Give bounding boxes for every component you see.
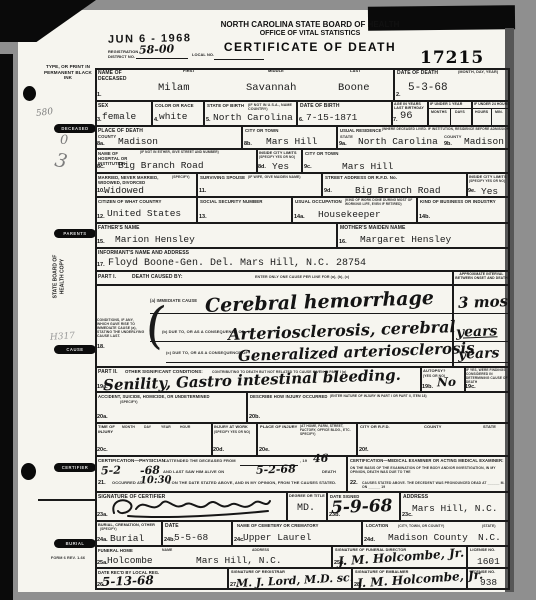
ssn-number: 13. <box>199 214 207 220</box>
death-caused-by-label: DEATH CAUSED BY: <box>132 274 183 280</box>
place-of-death-city-value: Mars Hill <box>266 136 317 147</box>
certifier-address-label: ADDRESS <box>403 494 428 500</box>
mother-label: MOTHER'S MAIDEN NAME <box>340 225 405 231</box>
medex-label: CERTIFICATION—MEDICAL EXAMINER OR ACTING… <box>350 458 506 463</box>
street-label: STREET ADDRESS OR R.F.D. No. <box>325 175 397 180</box>
funeral-address-sublabel: ADDRESS <box>252 548 269 552</box>
burial-location-state-value: N.C. <box>478 532 501 543</box>
state-of-birth-sublabel: (IF NOT IN U.S.A., NAME COUNTRY) <box>248 103 294 112</box>
burial-location-number: 24d. <box>364 537 375 543</box>
cemetery-number: 24c. <box>234 537 245 543</box>
cause-b-interval: years <box>456 323 498 340</box>
ink-blot-upper <box>23 86 36 101</box>
informant-label: INFORMANT'S NAME AND ADDRESS <box>98 250 189 256</box>
citizen-number: 12. <box>97 214 105 220</box>
registration-district-no: 58-00 <box>139 42 175 56</box>
race-number: 4. <box>154 117 159 123</box>
interval-label: APPROXIMATE INTERVAL BETWEEN ONSET AND D… <box>455 272 508 280</box>
icl1-number: 8d. <box>258 164 266 170</box>
cause-a-interval: 3 mos <box>458 292 509 312</box>
place-of-death-county-number: 8a. <box>97 141 105 147</box>
injury-at-work-label: INJURY AT WORK <box>214 425 254 430</box>
business-number: 14b. <box>419 214 430 220</box>
icl2-sublabel: (SPECIFY YES OR NO) <box>469 180 505 184</box>
day-label: DAY <box>144 425 151 429</box>
days-label: DAYS <box>455 110 465 114</box>
time-of-injury-number: 20c. <box>97 447 108 453</box>
residence-city-value: Mars Hill <box>342 161 393 172</box>
pencil-mark-h317: H317 <box>50 331 76 343</box>
state-of-birth-number: 5. <box>206 117 211 123</box>
marital-number: 10. <box>97 188 105 194</box>
min-label: MIN. <box>495 110 503 114</box>
medex-line1: ON THE BASIS OF THE EXAMINATION OF THE B… <box>350 466 506 474</box>
part2-number: 19a. <box>97 384 108 390</box>
certification-physician-label: CERTIFICATION—PHYSICIAN: <box>98 458 167 464</box>
how-injury-sublabel: (ENTER NATURE OF INJURY IN PART I OR PAR… <box>330 395 427 399</box>
cause-c-interval: years <box>458 345 500 362</box>
date-of-death-label: DATE OF DEATH <box>397 70 438 76</box>
autopsy-value: No <box>437 375 456 390</box>
date-signed-number: 23b. <box>329 512 340 518</box>
funeral-home-label: FUNERAL HOME <box>98 548 133 553</box>
sex-number: 3. <box>97 117 102 123</box>
place-of-injury-sublabel: (AT HOME, FARM, STREET, FACTORY, OFFICE … <box>300 425 354 437</box>
medex-number: 22. <box>350 480 358 486</box>
ink-instruction: TYPE, OR PRINT IN PERMANENT BLACK INK <box>44 64 92 81</box>
injury-county-label: COUNTY <box>424 425 442 430</box>
name-first-value: Milam <box>158 82 190 94</box>
spouse-label: SURVIVING SPOUSE <box>200 175 245 180</box>
burial-date-value: 5-5-68 <box>174 532 208 543</box>
residence-county-label: COUNTY <box>444 135 462 140</box>
degree-label: DEGREE OR TITLE <box>289 494 325 499</box>
street-value: Big Branch Road <box>355 185 441 196</box>
medex-line2: CAUSES STATED ABOVE. THE DECEDENT WAS PR… <box>362 481 506 489</box>
occupation-value: Housekeeper <box>318 209 381 220</box>
icl2-number: 9e. <box>468 188 476 194</box>
father-label: FATHER'S NAME <box>98 225 140 231</box>
icl1-sublabel: (SPECIFY YES OR NO) <box>259 156 295 160</box>
local-no-line <box>214 59 264 60</box>
from-year-handwritten: 46 <box>313 452 329 466</box>
burial-type-sublabel: (SPECIFY) <box>100 528 117 532</box>
name-first-label: FIRST <box>183 69 195 74</box>
ink-blot-lower <box>21 463 36 480</box>
state-of-birth-label: STATE OF BIRTH <box>207 103 244 108</box>
hospital-value: Big Branch Road <box>118 160 204 171</box>
embalmer-signature-number: 28. <box>354 582 362 588</box>
funeral-home-address-value: Mars Hill, N.C. <box>196 555 282 566</box>
residence-county-value: Madison <box>464 136 504 147</box>
mother-value: Margaret Hensley <box>360 234 451 245</box>
spouse-number: 11. <box>199 188 206 194</box>
mother-number: 16. <box>339 239 347 245</box>
document-title: CERTIFICATE OF DEATH <box>215 40 405 54</box>
race-label: COLOR OR RACE <box>155 103 194 108</box>
citizen-value: United States <box>107 208 181 219</box>
tab-cause: CAUSE <box>54 345 96 354</box>
injury-city-number: 20f. <box>359 447 368 453</box>
from-date-handwritten: 5-2 <box>101 464 121 478</box>
date-received-number: 26. <box>97 582 105 588</box>
last-saw-text: AND LAST SAW HIM ALIVE ON <box>163 470 224 475</box>
father-value: Marion Hensley <box>115 234 195 245</box>
date-of-birth-value: 7-15-1871 <box>306 112 357 123</box>
residence-state-number: 9a. <box>339 141 347 147</box>
burial-location-label: LOCATION <box>366 523 388 528</box>
funeral-name-sublabel: NAME <box>162 548 172 552</box>
hour-label: HOUR <box>180 425 190 429</box>
funeral-home-number: 25a. <box>97 560 108 566</box>
icl2-value: Yes <box>481 186 498 197</box>
date-of-birth-number: 6. <box>299 117 304 123</box>
burial-location-value: Madison County <box>388 532 468 543</box>
tab-parents: PARENTS <box>54 229 96 238</box>
org-name: NORTH CAROLINA STATE BOARD OF HEALTH <box>215 20 405 29</box>
occupation-label: USUAL OCCUPATION <box>295 199 342 204</box>
citizen-label: CITIZEN OF WHAT COUNTRY <box>98 199 162 204</box>
time-of-injury-label: TIME OF INJURY <box>98 425 120 435</box>
name-label: NAME OF DECEASED <box>98 70 128 82</box>
burial-type-value: Burial <box>110 533 144 544</box>
death-certificate-scan: JUN 6 - 1968 REGISTRATION DISTRICT NO. 5… <box>0 0 536 600</box>
death-text: DEATH <box>322 470 336 475</box>
certificate-number: 17215 <box>420 48 484 68</box>
marital-sublabel: (SPECIFY) <box>172 175 190 179</box>
place-of-death-city-number: 8b. <box>244 141 252 147</box>
accident-number: 20a. <box>97 414 108 420</box>
residence-city-number: 9c. <box>304 164 312 170</box>
degree-value: MD. <box>297 503 315 514</box>
place-of-injury-label: PLACE OF INJURY <box>260 425 297 430</box>
place-of-injury-number: 20e. <box>259 447 270 453</box>
certifier-signature <box>108 495 273 519</box>
cause-header-rule <box>95 284 510 286</box>
injury-at-work-number: 20d. <box>213 447 224 453</box>
residence-state-label: STATE <box>340 135 353 140</box>
hospital-number: 8c. <box>97 164 105 170</box>
under-24-hours-label: IF UNDER 24 HOURS <box>474 102 510 106</box>
date-of-death-number: 2. <box>396 92 401 98</box>
cemetery-value: Upper Laurel <box>243 532 311 543</box>
date-received-value: 5-13-68 <box>102 573 154 589</box>
informant-value: Floyd Boone-Gen. Del. Mars Hill, N.C. 28… <box>108 258 366 269</box>
under-24-hours-divider <box>491 108 492 126</box>
date-of-birth-label: DATE OF BIRTH <box>300 103 340 109</box>
sex-value: female <box>102 111 136 122</box>
injury-state-label: STATE <box>483 425 496 430</box>
date-of-death-sublabel: (MONTH, DAY, YEAR) <box>458 70 498 75</box>
embalmer-license-value: 938 <box>480 577 497 588</box>
hospital-sublabel: (IF NOT IN EITHER, GIVE STREET AND NUMBE… <box>140 151 219 155</box>
director-license-label: LICENSE NO. <box>470 548 495 553</box>
registrar-signature-number: 27. <box>230 582 238 588</box>
funeral-home-value: Holcombe <box>107 555 153 566</box>
org-office: OFFICE OF VITAL STATISTICS <box>215 30 405 37</box>
copy-type-label: STATE BOARD OF HEALTH COPY <box>53 246 66 308</box>
embalmer-license-label: LICENSE NO. <box>470 570 495 575</box>
how-injury-label: DESCRIBE HOW INJURY OCCURRED <box>250 394 327 399</box>
findings-number: 19c. <box>465 384 476 390</box>
marital-label: MARRIED, NEVER MARRIED, WIDOWED, DIVORCE… <box>98 175 168 185</box>
name-field-number: 1. <box>97 92 102 98</box>
one-cause-note: ENTER ONLY ONE CAUSE PER LINE FOR (a), (… <box>255 275 349 279</box>
injury-at-work-sublabel: (SPECIFY YES OR NO) <box>214 431 250 435</box>
place-of-death-county-sublabel: COUNTY <box>98 134 116 139</box>
conditions-note: CONDITIONS, IF ANY, WHICH GAVE RISE TO I… <box>97 318 145 338</box>
occupation-number: 14a. <box>294 214 305 220</box>
tab-certifier: CERTIFIER <box>54 463 96 472</box>
hours-label: HOURS <box>475 110 488 114</box>
burial-type-number: 24a. <box>97 537 108 543</box>
name-last-label: LAST <box>350 69 361 74</box>
sex-label: SEX <box>98 103 108 109</box>
age-value: 96 <box>400 110 413 122</box>
cemetery-label: NAME OF CEMETERY OR CREMATORY <box>237 523 318 528</box>
street-number: 9d. <box>324 188 332 194</box>
last-saw-date-handwritten: 5-2-68 <box>256 462 296 476</box>
cause-c-rule <box>166 362 508 363</box>
residence-city-label: CITY OR TOWN <box>305 151 338 156</box>
name-middle-label: MIDDLE <box>268 69 284 74</box>
attended-suffix: , 19 <box>300 459 307 464</box>
under-one-year-label: IF UNDER 1 YEAR <box>430 102 462 106</box>
icl1-value: Yes <box>272 161 289 172</box>
age-number: 7. <box>393 117 398 123</box>
burial-date-label: DATE <box>165 523 179 529</box>
attended-text: I ATTENDED THE DECEASED FROM <box>164 459 236 464</box>
burial-location-sublabel: (CITY, TOWN, OR COUNTY) <box>398 524 444 528</box>
father-number: 15. <box>97 239 105 245</box>
form-number-note: FORM 6 REV. 1-66 <box>48 556 88 561</box>
burial-location-state-label: (STATE) <box>482 524 496 528</box>
registration-line <box>136 58 188 59</box>
signature-certifier-number: 23a. <box>97 512 108 518</box>
residence-county-number: 9b. <box>444 141 452 147</box>
business-label: KIND OF BUSINESS OR INDUSTRY <box>420 199 496 204</box>
cause-a-rule <box>150 313 508 314</box>
occurred-text2: M ON THE DATE STATED ABOVE, AND IN MY OP… <box>167 481 336 486</box>
tab-burial: BURIAL <box>54 539 96 548</box>
occurred-text: OCCURRED AT <box>112 481 142 486</box>
director-license-value: 1601 <box>477 556 500 567</box>
under-one-year-divider <box>450 108 451 126</box>
part1-label: PART I. <box>98 274 116 280</box>
accident-label: ACCIDENT, SUICIDE, HOMICIDE, OR UNDETERM… <box>98 394 228 399</box>
certification-number: 21. <box>98 480 106 486</box>
name-last-value: Boone <box>338 82 370 94</box>
tab-deceased: DECEASED <box>54 124 96 133</box>
year-label: YEAR <box>161 425 171 429</box>
occupation-sublabel: (KIND OF WORK DONE DURING MOST OF WORKIN… <box>345 199 413 207</box>
state-of-birth-value: North Carolina <box>213 112 293 123</box>
place-of-death-city-label: CITY OR TOWN <box>245 128 278 133</box>
race-value: white <box>159 111 188 122</box>
months-label: MONTHS <box>431 110 447 114</box>
certifier-address-number: 23c. <box>402 512 413 518</box>
how-injury-number: 20b. <box>249 414 260 420</box>
injury-city-label: CITY OR R.F.D. <box>360 425 390 430</box>
cause-field-number: 18. <box>97 344 105 350</box>
cause-c-label: (c) DUE TO, OR AS A CONSEQUENCE OF <box>166 351 248 356</box>
burial-date-number: 24b. <box>164 537 175 543</box>
residence-label: USUAL RESIDENCE <box>340 128 381 133</box>
autopsy-number: 19b. <box>422 384 433 390</box>
registrar-signature-label: SIGNATURE OF REGISTRAR <box>231 570 285 575</box>
month-label: MONTH <box>122 425 135 429</box>
funeral-director-number: 25b. <box>334 560 345 566</box>
findings-label: IF YES, WERE FINDINGS CONSIDERED IN DETE… <box>466 369 508 384</box>
accident-sublabel: (SPECIFY) <box>120 400 138 404</box>
residence-sublabel: (WHERE DECEASED LIVED. IF INSTITUTION, R… <box>382 128 510 132</box>
date-of-death-value: 5-3-68 <box>408 82 448 94</box>
marital-value: Widowed <box>104 185 144 196</box>
local-no-label: LOCAL NO. <box>192 53 214 58</box>
informant-number: 17. <box>97 262 105 268</box>
margin-rule <box>38 499 95 501</box>
residence-state-value: North Carolina <box>358 136 438 147</box>
ssn-label: SOCIAL SECURITY NUMBER <box>200 199 263 204</box>
part2-label: PART II. <box>98 369 118 375</box>
scan-edge-black-left <box>0 54 13 600</box>
pencil-mark-0: 0 <box>60 133 68 148</box>
place-of-death-county-value: Madison <box>118 136 158 147</box>
name-middle-value: Savannah <box>246 82 296 94</box>
spouse-sublabel: (IF WIFE, GIVE MAIDEN NAME) <box>248 175 301 179</box>
certifier-address-value: Mars Hill, N.C. <box>412 503 498 514</box>
